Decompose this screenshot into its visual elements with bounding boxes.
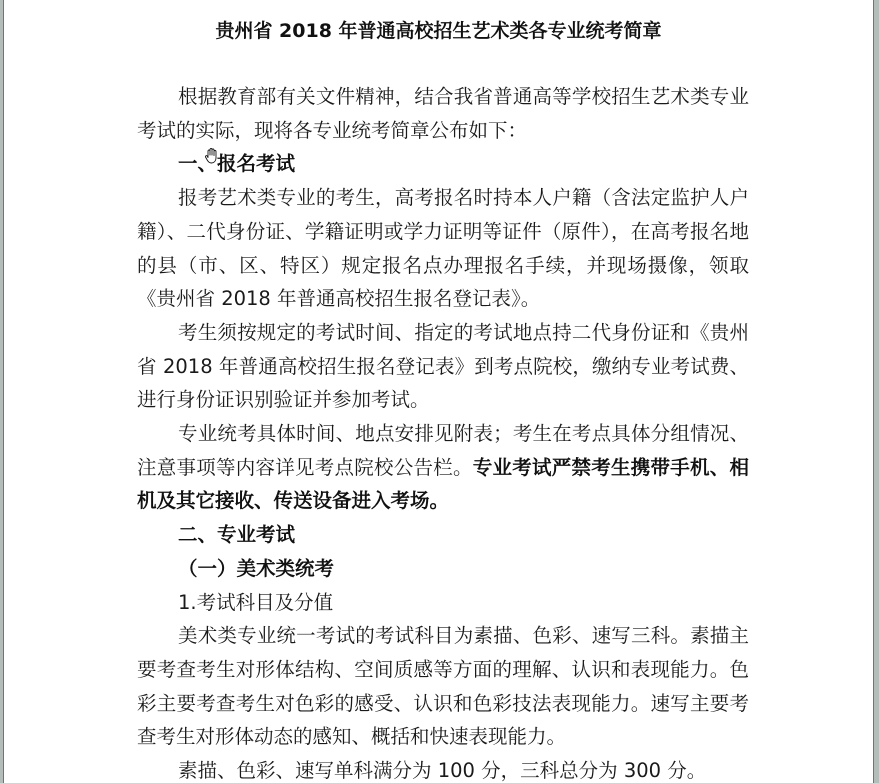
section-heading-registration: 一、报名考试	[137, 147, 749, 181]
subsection-heading-fine-arts: （一）美术类统考	[137, 552, 749, 586]
registration-paragraph-1: 报考艺术类专业的考生，高考报名时持本人户籍（含法定监护人户籍）、二代身份证、学籍…	[137, 181, 749, 316]
section-heading-exam: 二、专业考试	[137, 518, 749, 552]
item-heading-subjects-scores: 1.考试科目及分值	[137, 586, 749, 620]
registration-paragraph-2: 考生须按规定的考试时间、指定的考试地点持二代身份证和《贵州省 2018 年普通高…	[137, 316, 749, 417]
intro-paragraph: 根据教育部有关文件精神，结合我省普通高等学校招生艺术类专业考试的实际，现将各专业…	[137, 80, 749, 147]
document-body: 根据教育部有关文件精神，结合我省普通高等学校招生艺术类专业考试的实际，现将各专业…	[137, 80, 749, 783]
fine-arts-subjects-paragraph: 美术类专业统一考试的考试科目为素描、色彩、速写三科。素描主要考查考生对形体结构、…	[137, 619, 749, 754]
fine-arts-score-paragraph: 素描、色彩、速写单科满分为 100 分，三科总分为 300 分。	[137, 754, 749, 783]
window-frame-right	[873, 0, 879, 783]
document-page: 贵州省 2018 年普通高校招生艺术类各专业统考简章 根据教育部有关文件精神，结…	[4, 0, 873, 783]
registration-paragraph-3: 专业统考具体时间、地点安排见附表；考生在考点具体分组情况、注意事项等内容详见考点…	[137, 417, 749, 518]
document-title: 贵州省 2018 年普通高校招生艺术类各专业统考简章	[4, 16, 873, 43]
